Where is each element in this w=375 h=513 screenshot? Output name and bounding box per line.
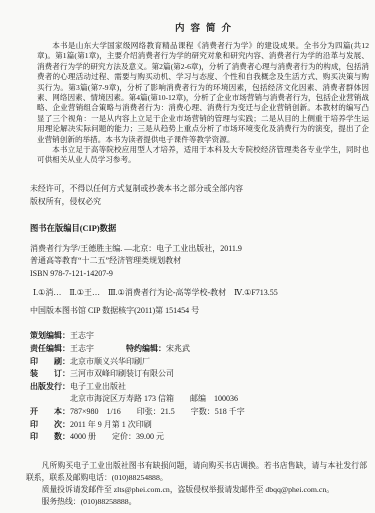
content-summary-paragraphs: 本书是山东大学国家级网络教育精品课程《消费者行为学》的建设成果。全书分为四篇(共…	[37, 41, 369, 166]
copyright-notice-line: 未经许可，不得以任何方式复制或抄袭本书之部分或全部内容	[30, 182, 369, 195]
colophon-label: 印 数：	[30, 432, 70, 441]
content-summary-paragraph: 本书是山东大学国家级网络教育精品课程《消费者行为学》的建设成果。全书分为四篇(共…	[37, 41, 369, 145]
purchase-service-notice: 凡所购买电子工业出版社图书有缺损问题，请向购买书店调换。若书店售缺，请与本社发行…	[26, 460, 367, 508]
purchase-service-paragraph: 服务热线：(010)88258888。	[26, 496, 367, 508]
colophon-row: 开 本：787×980 1/16 印张：21.5 字数：518 千字	[30, 406, 369, 419]
colophon-value-secondary: 宋兆武	[166, 344, 190, 353]
colophon-row: 印 数：4000 册 定价：39.00 元	[30, 431, 369, 444]
colophon-label: 装 订：	[30, 369, 70, 378]
cip-record-number: 中国版本图书馆 CIP 数据核字(2011)第 151454 号	[30, 305, 369, 318]
colophon-label-secondary: 特约编辑：	[126, 344, 166, 353]
colophon: 策划编辑：王志宇责任编辑：王志宇 特约编辑：宋兆武印 刷：北京市顺义兴华印刷厂装…	[30, 330, 369, 443]
colophon-value: 王志宇	[70, 344, 126, 353]
copyright-notice-line: 版权所有，侵权必究	[30, 195, 369, 208]
colophon-row: 出版发行：电子工业出版社	[30, 381, 369, 394]
cip-block: 图书在版编目(CIP)数据 消费者行为学/王德胜主编. —北京：电子工业出版社，…	[30, 222, 369, 318]
colophon-label: 策划编辑：	[30, 331, 70, 340]
content-summary-section: 内容简介 本书是山东大学国家级网络教育精品课程《消费者行为学》的建设成果。全书分…	[37, 20, 369, 166]
colophon-row: 策划编辑：王志宇	[30, 330, 369, 343]
book-copyright-page: 内容简介 本书是山东大学国家级网络教育精品课程《消费者行为学》的建设成果。全书分…	[0, 0, 375, 513]
purchase-service-paragraph: 质量投诉请发邮件至 zlts@phei.com.cn，盗版侵权举报请发邮件至 d…	[26, 484, 367, 496]
colophon-row: 印 刷：北京市顺义兴华印刷厂	[30, 356, 369, 369]
colophon-label: 开 本：	[30, 407, 70, 416]
colophon-row: 印 次：2011 年 9 月第 1 次印刷	[30, 419, 369, 432]
colophon-label: 印 刷：	[30, 357, 70, 366]
colophon-row: 北京市海淀区万寿路 173 信箱 邮编 100036	[30, 393, 369, 406]
colophon-value: 2011 年 9 月第 1 次印刷	[70, 420, 152, 429]
colophon-value: 787×980 1/16 印张：21.5 字数：518 千字	[70, 407, 245, 416]
colophon-value: 北京市顺义兴华印刷厂	[70, 357, 150, 366]
content-summary-title: 内容简介	[37, 20, 369, 34]
colophon-value: 北京市海淀区万寿路 173 信箱 邮编 100036	[30, 394, 238, 403]
cip-entry-line: 普通高等教育“十二五”经济管理类规划教材	[30, 255, 369, 268]
colophon-value: 王志宇	[70, 331, 94, 340]
cip-entry-line: 消费者行为学/王德胜主编. —北京：电子工业出版社，2011.9	[30, 243, 369, 256]
colophon-row: 责任编辑：王志宇 特约编辑：宋兆武	[30, 343, 369, 356]
cip-heading: 图书在版编目(CIP)数据	[30, 222, 369, 234]
content-summary-paragraph: 本书立足于高等院校应用型人才培养，适用于本科及大专院校经济管理类各专业学生，同时…	[37, 145, 369, 166]
colophon-value: 三河市双峰印刷装订有限公司	[70, 369, 174, 378]
cip-classification: Ⅰ.①消… Ⅱ.①王… Ⅲ.①消费者行为论-高等学校-教材 Ⅳ.①F713.55	[30, 287, 369, 300]
purchase-service-paragraph: 凡所购买电子工业出版社图书有缺损问题，请向购买书店调换。若书店售缺，请与本社发行…	[26, 460, 367, 484]
copyright-notice: 未经许可，不得以任何方式复制或抄袭本书之部分或全部内容版权所有，侵权必究	[30, 182, 369, 208]
cip-entry: 消费者行为学/王德胜主编. —北京：电子工业出版社，2011.9普通高等教育“十…	[30, 243, 369, 281]
colophon-label: 出版发行：	[30, 382, 70, 391]
colophon-label: 责任编辑：	[30, 344, 70, 353]
colophon-label: 印 次：	[30, 420, 70, 429]
cip-entry-line: ISBN 978-7-121-14207-9	[30, 268, 369, 281]
colophon-value: 电子工业出版社	[70, 382, 126, 391]
colophon-value: 4000 册 定价：39.00 元	[70, 432, 164, 441]
colophon-row: 装 订：三河市双峰印刷装订有限公司	[30, 368, 369, 381]
